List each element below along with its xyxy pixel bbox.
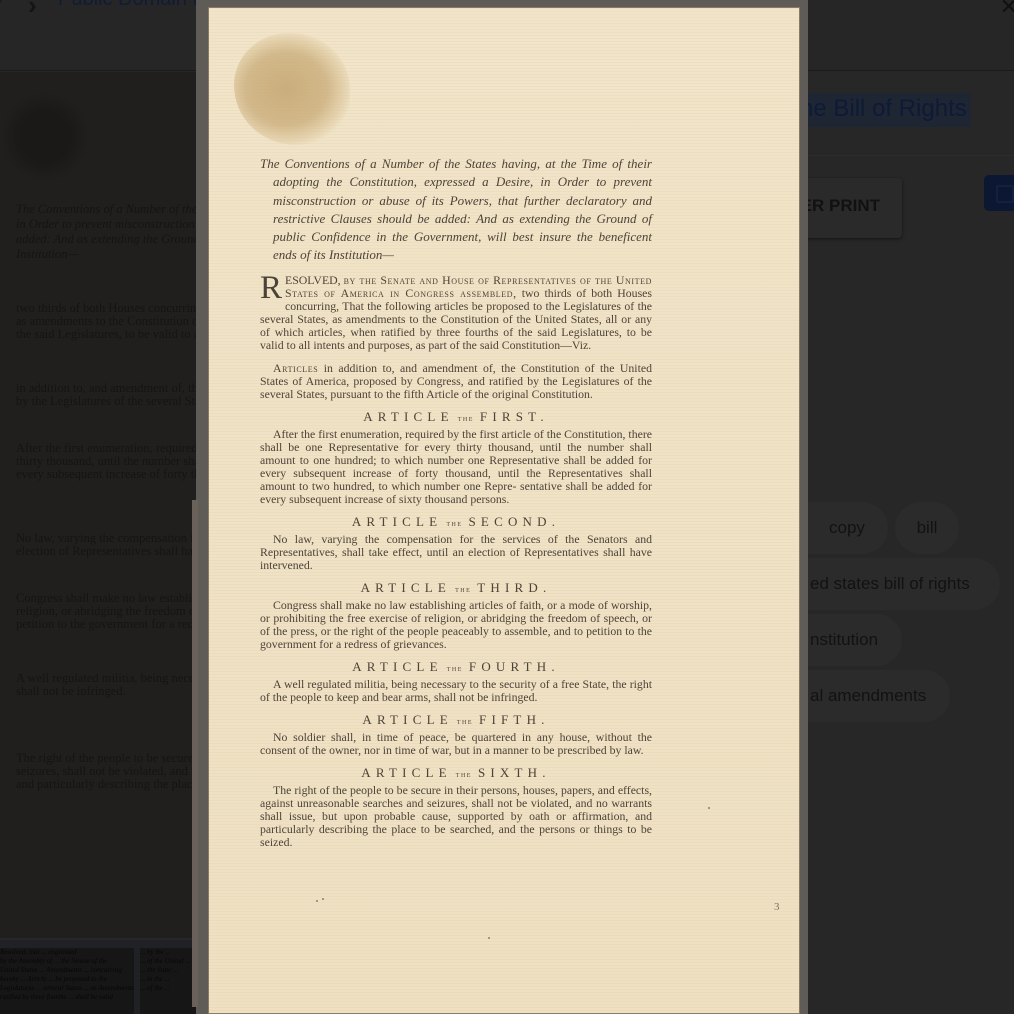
- articles-intro: Articles in addition to, and amendment o…: [260, 362, 652, 401]
- thumbnail-text: ratified by three fourths ... shall be v…: [0, 993, 134, 1002]
- thumbnail-text: ... in the ...: [140, 975, 200, 984]
- ghost-article-3: Congress shall make no law establishing …: [16, 592, 200, 631]
- tag-label: ed states bill of rights: [810, 558, 970, 610]
- article-text-4: A well regulated militia, being necessar…: [260, 678, 652, 704]
- ghost-article-1: After the first enumeration, required by…: [16, 442, 200, 481]
- article-the: the: [456, 770, 472, 779]
- thumbnail-text: ... the State ...: [140, 966, 200, 975]
- ghost-resolved: two thirds of both Houses concurring, Th…: [16, 302, 200, 341]
- articles-body: in addition to, and amendment of, the Co…: [260, 361, 652, 401]
- article-text-5: No soldier shall, in time of peace, be q…: [260, 731, 652, 757]
- paper-torn-edge: [192, 500, 198, 1007]
- thumbnail-text: Legislatures ... several States ... as A…: [0, 984, 134, 993]
- article-word: ARTICLE: [362, 712, 453, 727]
- thumbnail-text: United States ... Amendments ... concurr…: [0, 966, 134, 975]
- breadcrumb-parent-link[interactable]: e: [0, 0, 3, 9]
- thumbnail-1[interactable]: Resolved, that ... engrossed by the Asse…: [0, 948, 134, 1014]
- preamble-text: The Conventions of a Number of the State…: [260, 155, 652, 265]
- tag-label: bill: [917, 518, 938, 537]
- thumbnail-text: ... of the ...: [140, 984, 200, 993]
- article-the: the: [447, 664, 463, 673]
- article-ordinal: SIXTH.: [478, 765, 551, 780]
- paper-speck: [322, 898, 324, 900]
- stain-ghost: [0, 92, 90, 182]
- article-the: the: [457, 717, 473, 726]
- share-icon: [996, 185, 1014, 203]
- document-image-modal[interactable]: The Conventions of a Number of the State…: [196, 0, 808, 1014]
- paper-stain: [234, 33, 350, 145]
- article-the: the: [455, 585, 471, 594]
- thumbnail-text: Resolved, that ... engrossed: [0, 948, 134, 957]
- article-word: ARTICLE: [361, 580, 452, 595]
- resolved-paragraph: RESOLVED, by the Senate and House of Rep…: [260, 274, 652, 352]
- image-viewer-background: The Conventions of a Number of the State…: [0, 72, 200, 938]
- article-ordinal: THIRD.: [477, 580, 551, 595]
- tag-chip-bill[interactable]: bill: [895, 502, 959, 554]
- drop-cap: R: [260, 275, 282, 301]
- thumbnail-text: ... of the United ...: [140, 957, 200, 966]
- thumbnail-text: ... by the ...: [140, 948, 200, 957]
- thumbnail-strip: Resolved, that ... engrossed by the Asse…: [0, 940, 200, 1014]
- document-paper: The Conventions of a Number of the State…: [208, 7, 800, 1014]
- tag-label: al amendments: [810, 670, 926, 722]
- article-word: ARTICLE: [361, 765, 452, 780]
- article-word: ARTICLE: [363, 409, 454, 424]
- article-text-2: No law, varying the compensation for the…: [260, 533, 652, 572]
- article-text-6: The right of the people to be secure in …: [260, 784, 652, 849]
- share-button[interactable]: [984, 175, 1014, 211]
- chevron-right-icon: ›: [28, 0, 37, 21]
- thumbnail-2[interactable]: ... by the ... ... of the United ... ...…: [140, 948, 200, 1014]
- page-number: 3: [774, 901, 780, 913]
- ghost-article-6: The right of the people to be secure in …: [16, 752, 200, 791]
- articles-lead: Articles: [273, 361, 318, 375]
- article-ordinal: FOURTH.: [469, 659, 560, 674]
- article-heading-1: ARTICLEtheFIRST.: [260, 409, 652, 425]
- article-ordinal: FIFTH.: [479, 712, 550, 727]
- article-the: the: [458, 414, 474, 423]
- paper-speck: [488, 937, 490, 939]
- article-word: ARTICLE: [352, 514, 443, 529]
- ghost-preamble: The Conventions of a Number of the State…: [16, 202, 200, 262]
- ghost-articles: in addition to, and amendment of, the Co…: [16, 382, 200, 408]
- ghost-article-4: A well regulated militia, being necessar…: [16, 672, 200, 698]
- article-heading-5: ARTICLEtheFIFTH.: [260, 712, 652, 728]
- resolved-lead: ESOLVED,: [285, 273, 341, 287]
- article-heading-4: ARTICLEtheFOURTH.: [260, 659, 652, 675]
- document-text: The Conventions of a Number of the State…: [260, 155, 652, 849]
- article-heading-6: ARTICLEtheSIXTH.: [260, 765, 652, 781]
- article-the: the: [446, 519, 462, 528]
- article-heading-2: ARTICLEtheSECOND.: [260, 514, 652, 530]
- tag-label: copy: [829, 502, 865, 554]
- paper-speck: [708, 807, 710, 809]
- order-print-label: ER PRINT: [801, 196, 880, 216]
- thumbnail-text: by the Assembly of ... the Senate of the: [0, 957, 134, 966]
- article-ordinal: FIRST.: [480, 409, 549, 424]
- item-title: he Bill of Rights: [800, 93, 971, 127]
- tag-label: nstitution: [810, 614, 878, 666]
- ghost-article-2: No law, varying the compensation for the…: [16, 532, 200, 558]
- article-text-1: After the first enumeration, required by…: [260, 428, 652, 506]
- article-word: ARTICLE: [352, 659, 443, 674]
- title-divider: [800, 155, 1014, 156]
- close-icon[interactable]: ✕: [1000, 0, 1014, 20]
- thumbnail-text: hereby ... Article ... be proposed to th…: [0, 975, 134, 984]
- paper-speck: [316, 900, 318, 902]
- article-ordinal: SECOND.: [469, 514, 561, 529]
- article-heading-3: ARTICLEtheTHIRD.: [260, 580, 652, 596]
- article-text-3: Congress shall make no law establishing …: [260, 599, 652, 651]
